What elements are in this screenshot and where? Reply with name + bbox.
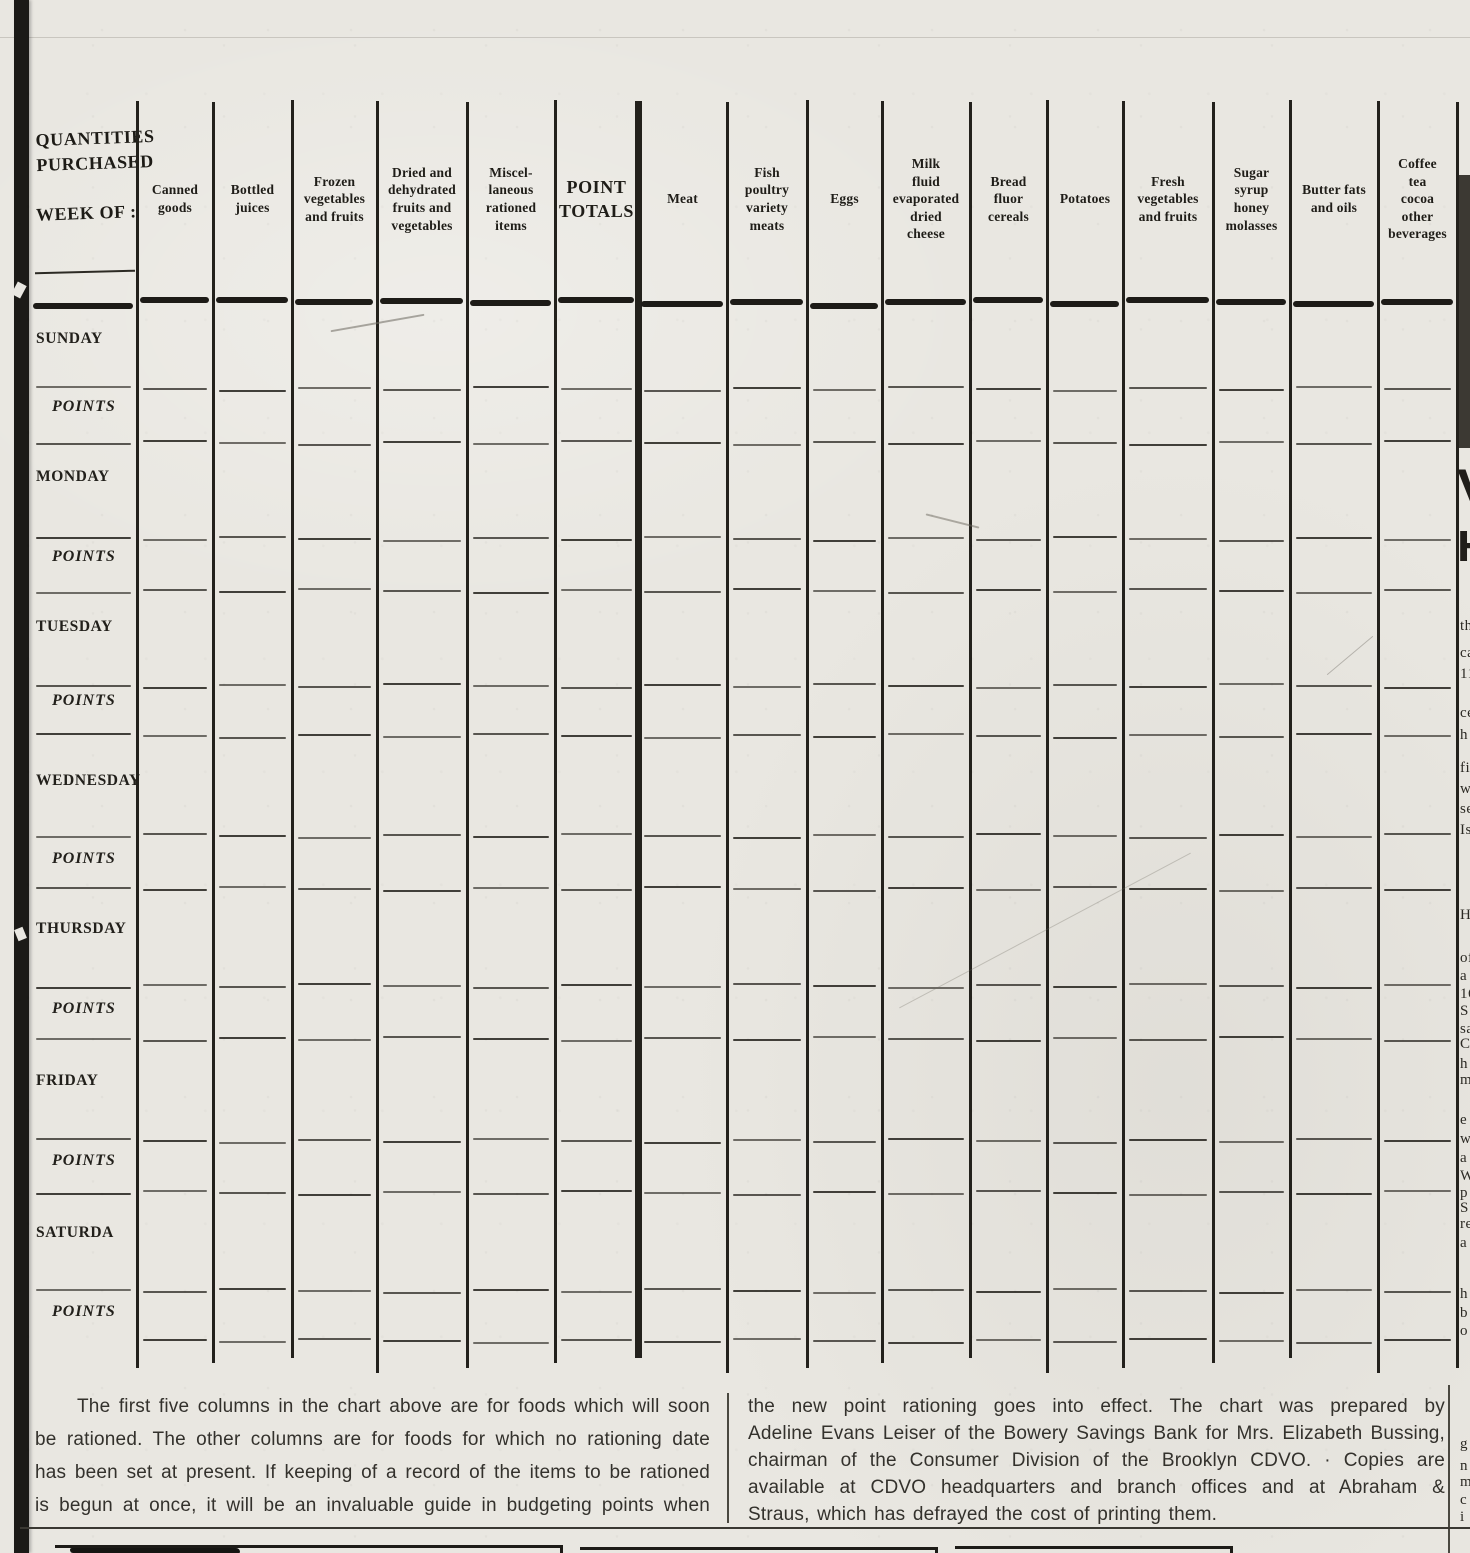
row-label-sunday: SUNDAY [36,330,103,348]
column-header-7: Meat [642,108,723,290]
grid-line [888,537,964,539]
column-rule [291,100,294,1358]
grid-line [813,540,876,542]
grid-line [1053,1192,1117,1194]
grid-line [36,1193,131,1195]
footer-text-line: Adeline Evans Leiser of the Bowery Savin… [748,1423,1445,1445]
grid-line [1219,683,1284,685]
grid-line [383,834,461,836]
grid-line [36,592,131,594]
column-header-11: Bread fluor cereals [974,108,1043,290]
grid-line [813,736,876,738]
grid-line [1053,442,1117,444]
grid-line [143,440,207,442]
clipped-text-fragment: 16 [1460,986,1470,1003]
header-rule [885,299,966,305]
header-rule [470,300,551,306]
column-header-8: Fish poultry variety meats [731,108,803,290]
grid-line [1384,539,1451,541]
grid-line [1053,684,1117,686]
grid-line [298,1338,371,1340]
column-rule [466,102,469,1368]
row-label-points-1: POINTS [52,398,116,416]
row-label-tuesday: TUESDAY [36,618,113,636]
column-header-3: Frozen vegetables and fruits [296,108,373,290]
grid-line [298,538,371,540]
grid-line [298,387,371,389]
grid-line [298,1290,371,1292]
grid-line [1219,1141,1284,1143]
footer-text-line: chairman of the Consumer Division of the… [748,1450,1445,1472]
grid-line [1384,735,1451,737]
clipped-text-fragment: Is [1460,822,1470,839]
row-label-monday: MONDAY [36,468,110,486]
footer-text-line: has been set at present. If keeping of a… [35,1462,710,1484]
grid-line [298,686,371,688]
grid-line [1053,1341,1117,1343]
grid-line [976,1190,1041,1192]
grid-line [1129,538,1207,540]
row-label-points-2: POINTS [52,548,116,566]
grid-line [976,1291,1041,1293]
grid-line [561,833,632,835]
week-of-blank-line [35,270,135,275]
grid-line [813,1141,876,1143]
grid-line [733,538,801,540]
grid-line [473,887,549,889]
grid-line [1296,1038,1372,1040]
grid-line [1384,833,1451,835]
grid-line [733,387,801,389]
grid-line [1053,1288,1117,1290]
grid-line [1219,1191,1284,1193]
grid-line [733,1338,801,1340]
grid-line [733,983,801,985]
grid-line [1053,591,1117,593]
grid-line [143,1140,207,1142]
grid-line [888,685,964,687]
grid-line [1296,537,1372,539]
footer-text-line: the new point rationing goes into effect… [748,1396,1445,1418]
grid-line [644,1341,721,1343]
grid-line [1129,888,1207,890]
grid-line [219,886,286,888]
grid-line [473,1038,549,1040]
column-header-2: Bottled juices [217,108,288,290]
grid-line [143,1291,207,1293]
adjacent-photo-fragment [1459,175,1470,448]
clipped-box-top-border [580,1547,935,1550]
footer-text-line: available at CDVO headquarters and branc… [748,1477,1445,1499]
grid-line [561,889,632,891]
clipped-text-fragment: S [1460,1200,1469,1217]
clipped-box-divider [935,1547,938,1553]
grid-line [733,588,801,590]
grid-line [1129,588,1207,590]
grid-line [383,1141,461,1143]
header-rule [1216,299,1286,305]
clipped-text-fragment: w [1460,1131,1470,1148]
column-rule [635,101,642,1358]
grid-line [1053,886,1117,888]
row-label-points-4: POINTS [52,850,116,868]
grid-line [644,986,721,988]
grid-line [473,1289,549,1291]
grid-line [1219,441,1284,443]
grid-line [733,1139,801,1141]
clipped-text-fragment: n [1460,1458,1468,1475]
grid-line [733,837,801,839]
clipped-text-fragment: C [1460,1036,1470,1053]
grid-line [561,589,632,591]
grid-line [813,834,876,836]
grid-line [298,837,371,839]
grid-line [976,1339,1041,1341]
grid-line [473,1342,549,1344]
clipped-text-fragment: h [1460,727,1468,744]
grid-line [143,833,207,835]
grid-line [1296,1342,1372,1344]
grid-line [1219,1292,1284,1294]
grid-line [219,737,286,739]
clipped-text-fragment: m [1460,1474,1470,1491]
header-rule [641,301,723,307]
grid-line [473,537,549,539]
grid-line [888,592,964,594]
header-rule [1381,299,1453,305]
grid-line [1219,890,1284,892]
row-label-wednesday: WEDNESDAY [36,772,141,790]
grid-line [813,985,876,987]
grid-line [733,444,801,446]
grid-line [561,539,632,541]
grid-line [219,835,286,837]
header-rule [140,297,209,303]
grid-line [298,1194,371,1196]
row-label-friday: FRIDAY [36,1072,98,1090]
grid-line [888,733,964,735]
grid-line [1296,836,1372,838]
row-label-saturda: SATURDA [36,1224,114,1242]
clipped-image-fragment [70,1548,240,1553]
clipped-text-fragment: m [1460,1072,1470,1089]
column-header-16: Coffee tea cocoa other beverages [1382,108,1453,290]
grid-line [383,683,461,685]
grid-line [1296,685,1372,687]
column-header-5: Miscel- laneous rationed items [471,108,551,290]
header-rule [1050,301,1119,307]
grid-line [1129,444,1207,446]
grid-line [1384,1291,1451,1293]
grid-line [561,735,632,737]
grid-line [1296,1289,1372,1291]
grid-line [976,889,1041,891]
grid-line [219,1192,286,1194]
column-rule [1046,100,1049,1373]
grid-line [1219,736,1284,738]
newspaper-spine [14,0,29,1553]
grid-line [143,735,207,737]
grid-line [976,589,1041,591]
grid-line [219,536,286,538]
clipped-text-fragment: fi [1460,760,1470,777]
grid-line [219,684,286,686]
grid-line [383,1036,461,1038]
grid-line [1296,443,1372,445]
grid-line [888,1342,964,1344]
grid-line [976,735,1041,737]
grid-line [383,1292,461,1294]
grid-line [473,685,549,687]
grid-line [888,1138,964,1140]
grid-line [383,985,461,987]
grid-line [813,389,876,391]
grid-line [219,1341,286,1343]
grid-line [219,1288,286,1290]
grid-line [733,888,801,890]
grid-line [888,1038,964,1040]
column-header-1: Canned goods [141,108,209,290]
grid-line [1384,440,1451,442]
grid-line [1053,737,1117,739]
grid-line [1384,1140,1451,1142]
grid-line [473,987,549,989]
grid-line [143,984,207,986]
clipped-box-divider [1230,1546,1233,1553]
grid-line [1384,1339,1451,1341]
grid-line [1053,1037,1117,1039]
clipped-text-fragment: of [1460,950,1470,967]
grid-line [561,984,632,986]
clipped-text-fragment: a [1460,968,1467,985]
column-rule [806,100,809,1368]
grid-line [561,687,632,689]
clipped-text-fragment: i [1460,1509,1465,1526]
grid-line [1129,387,1207,389]
grid-line [1384,889,1451,891]
grid-line [36,1038,131,1040]
grid-line [36,887,131,889]
grid-line [1129,983,1207,985]
grid-line [1296,987,1372,989]
grid-line [733,686,801,688]
scan-artifact-line [0,37,1470,38]
grid-line [143,1339,207,1341]
clipped-text-fragment: w [1460,781,1470,798]
grid-line [1296,386,1372,388]
grid-line [813,1191,876,1193]
grid-line [813,683,876,685]
grid-line [976,687,1041,689]
grid-line [1296,733,1372,735]
grid-line [219,986,286,988]
grid-line [1053,835,1117,837]
grid-line [1219,389,1284,391]
header-rule [33,303,133,309]
grid-line [143,1190,207,1192]
column-rule [1122,101,1125,1368]
column-rule [376,101,379,1373]
grid-line [143,889,207,891]
grid-line [219,1142,286,1144]
grid-line [219,591,286,593]
grid-line [473,592,549,594]
grid-line [143,388,207,390]
grid-line [644,684,721,686]
grid-line [1129,1139,1207,1141]
column-header-15: Butter fats and oils [1294,108,1374,290]
header-rule [295,299,373,305]
clipped-text-fragment: e [1460,1112,1467,1129]
grid-line [383,1340,461,1342]
grid-line [1384,1040,1451,1042]
header-rule [973,297,1043,303]
clipped-text-fragment: th [1460,618,1470,635]
grid-line [143,687,207,689]
clipped-text-fragment: H [1460,907,1470,924]
clipped-text-fragment: b [1460,1305,1468,1322]
grid-line [1296,1193,1372,1195]
clipped-text-fragment: W [1460,1168,1470,1185]
grid-line [976,539,1041,541]
week-of-label: WEEK OF : [36,201,137,226]
grid-line [644,1142,721,1144]
grid-line [298,888,371,890]
grid-line [561,1040,632,1042]
grid-line [888,887,964,889]
clipped-text-fragment: c [1460,1492,1467,1509]
grid-line [976,1040,1041,1042]
grid-line [36,836,131,838]
clipped-headline-letter: V [1457,458,1470,516]
row-label-points-3: POINTS [52,692,116,710]
grid-line [644,1288,721,1290]
grid-line [383,1191,461,1193]
column-header-10: Milk fluid evaporated dried cheese [886,108,966,290]
grid-line [733,1039,801,1041]
column-header-12: Potatoes [1051,108,1119,290]
grid-line [219,390,286,392]
clipped-box-divider [560,1545,563,1553]
grid-line [888,386,964,388]
grid-line [1053,986,1117,988]
grid-line [888,987,964,989]
grid-line [644,390,721,392]
grid-line [36,1138,131,1140]
grid-line [383,441,461,443]
grid-line [1219,1036,1284,1038]
clipped-text-fragment: ce [1460,705,1470,722]
column-rule [726,102,729,1373]
grid-line [473,1193,549,1195]
grid-line [36,537,131,539]
grid-line [976,984,1041,986]
column-rule [969,102,972,1358]
grid-line [219,442,286,444]
footer-text-line: is begun at once, it will be an invaluab… [35,1495,710,1517]
grid-line [1384,589,1451,591]
grid-line [1129,1194,1207,1196]
grid-line [1296,887,1372,889]
clipped-text-fragment: g [1460,1436,1468,1453]
clipped-text-fragment: a [1460,1150,1467,1167]
grid-line [1384,1190,1451,1192]
grid-line [473,386,549,388]
grid-line [298,444,371,446]
column-header-6: POINT TOTALS [559,108,634,290]
newspaper-ration-chart-page: QUANTITIES PURCHASED WEEK OF : Canned go… [0,0,1470,1553]
grid-line [1129,686,1207,688]
header-rule [810,303,878,309]
scan-scratch [899,853,1191,1009]
grid-line [1053,390,1117,392]
grid-line [813,1340,876,1342]
row-label-points-7: POINTS [52,1303,116,1321]
grid-line [644,737,721,739]
header-rule [558,297,634,303]
header-rule [380,298,463,304]
clipped-text-fragment: se [1460,801,1470,818]
column-rule [881,101,884,1363]
bottom-rule [20,1527,1470,1529]
header-rule [216,297,288,303]
grid-line [813,590,876,592]
grid-line [1129,1338,1207,1340]
grid-line [561,1140,632,1142]
grid-line [644,536,721,538]
grid-line [733,734,801,736]
footer-text-line: The first five columns in the chart abov… [35,1396,710,1418]
grid-line [473,1138,549,1140]
grid-line [733,1194,801,1196]
grid-line [1219,540,1284,542]
footer-text-line: Straus, which has defrayed the cost of p… [748,1504,1445,1526]
grid-line [36,685,131,687]
grid-line [473,836,549,838]
grid-line [1129,734,1207,736]
column-header-14: Sugar syrup honey molasses [1217,108,1286,290]
grid-line [888,1289,964,1291]
grid-line [561,1339,632,1341]
column-rule [1377,101,1380,1373]
grid-line [644,442,721,444]
grid-line [561,1291,632,1293]
grid-line [644,1037,721,1039]
grid-line [1384,984,1451,986]
column-header-13: Fresh vegetables and fruits [1127,108,1209,290]
grid-line [1219,985,1284,987]
grid-line [644,886,721,888]
clipped-text-fragment: 11 [1460,666,1470,683]
grid-line [383,890,461,892]
grid-line [733,1290,801,1292]
grid-line [1129,837,1207,839]
grid-line [1296,1138,1372,1140]
grid-line [1053,536,1117,538]
clipped-box-top-border [955,1546,1230,1549]
grid-line [143,539,207,541]
clipped-text-fragment: a [1460,1235,1467,1252]
grid-line [143,589,207,591]
grid-line [219,1037,286,1039]
header-rule [1126,297,1209,303]
grid-line [1219,1340,1284,1342]
grid-line [298,1139,371,1141]
grid-line [976,440,1041,442]
grid-line [473,733,549,735]
clipped-headline-letter: H [1457,522,1470,572]
grid-line [36,733,131,735]
